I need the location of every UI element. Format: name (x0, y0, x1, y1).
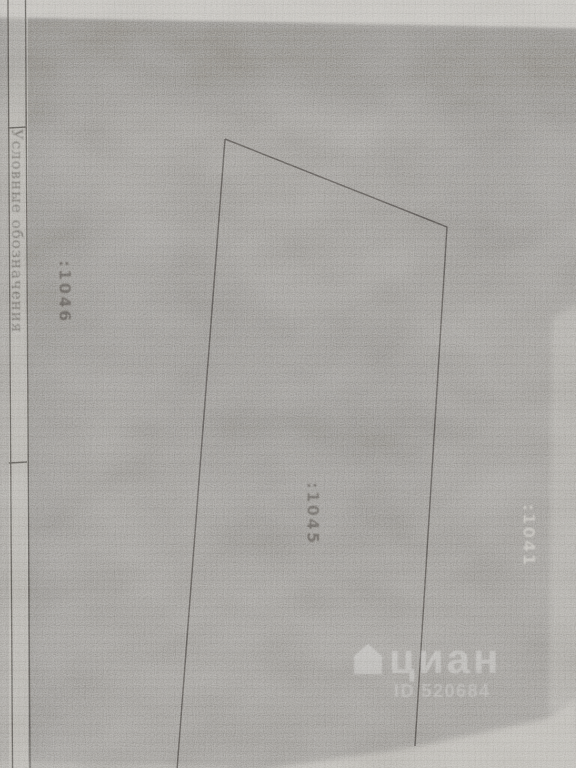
watermark-brand: циан (389, 638, 501, 680)
parcel-label-1045: :1045 (304, 482, 323, 545)
light-strip-bottom-left (0, 760, 235, 768)
parcel-label-1046: :1046 (56, 260, 75, 323)
light-wedge-bottom (225, 699, 576, 768)
legend-title: Условные обозначения (8, 129, 26, 333)
watermark-listing-id: ID 520684 (394, 681, 501, 702)
scan-shadow-band (0, 7, 576, 130)
parcel-label-1041: :1041 (520, 504, 539, 567)
paper-top-edge (0, 0, 576, 28)
parcel-boundary-left-edge (177, 139, 225, 768)
scan-left-margin-strip (9, 0, 28, 768)
cian-watermark: циан ID 520684 (352, 638, 501, 702)
scan-left-margin-outer (0, 0, 9, 768)
light-strip-right (549, 305, 576, 712)
scanned-cadastral-plan: Условные обозначения :1046 :1045 :1041 ц… (0, 0, 576, 768)
house-icon (352, 642, 384, 676)
